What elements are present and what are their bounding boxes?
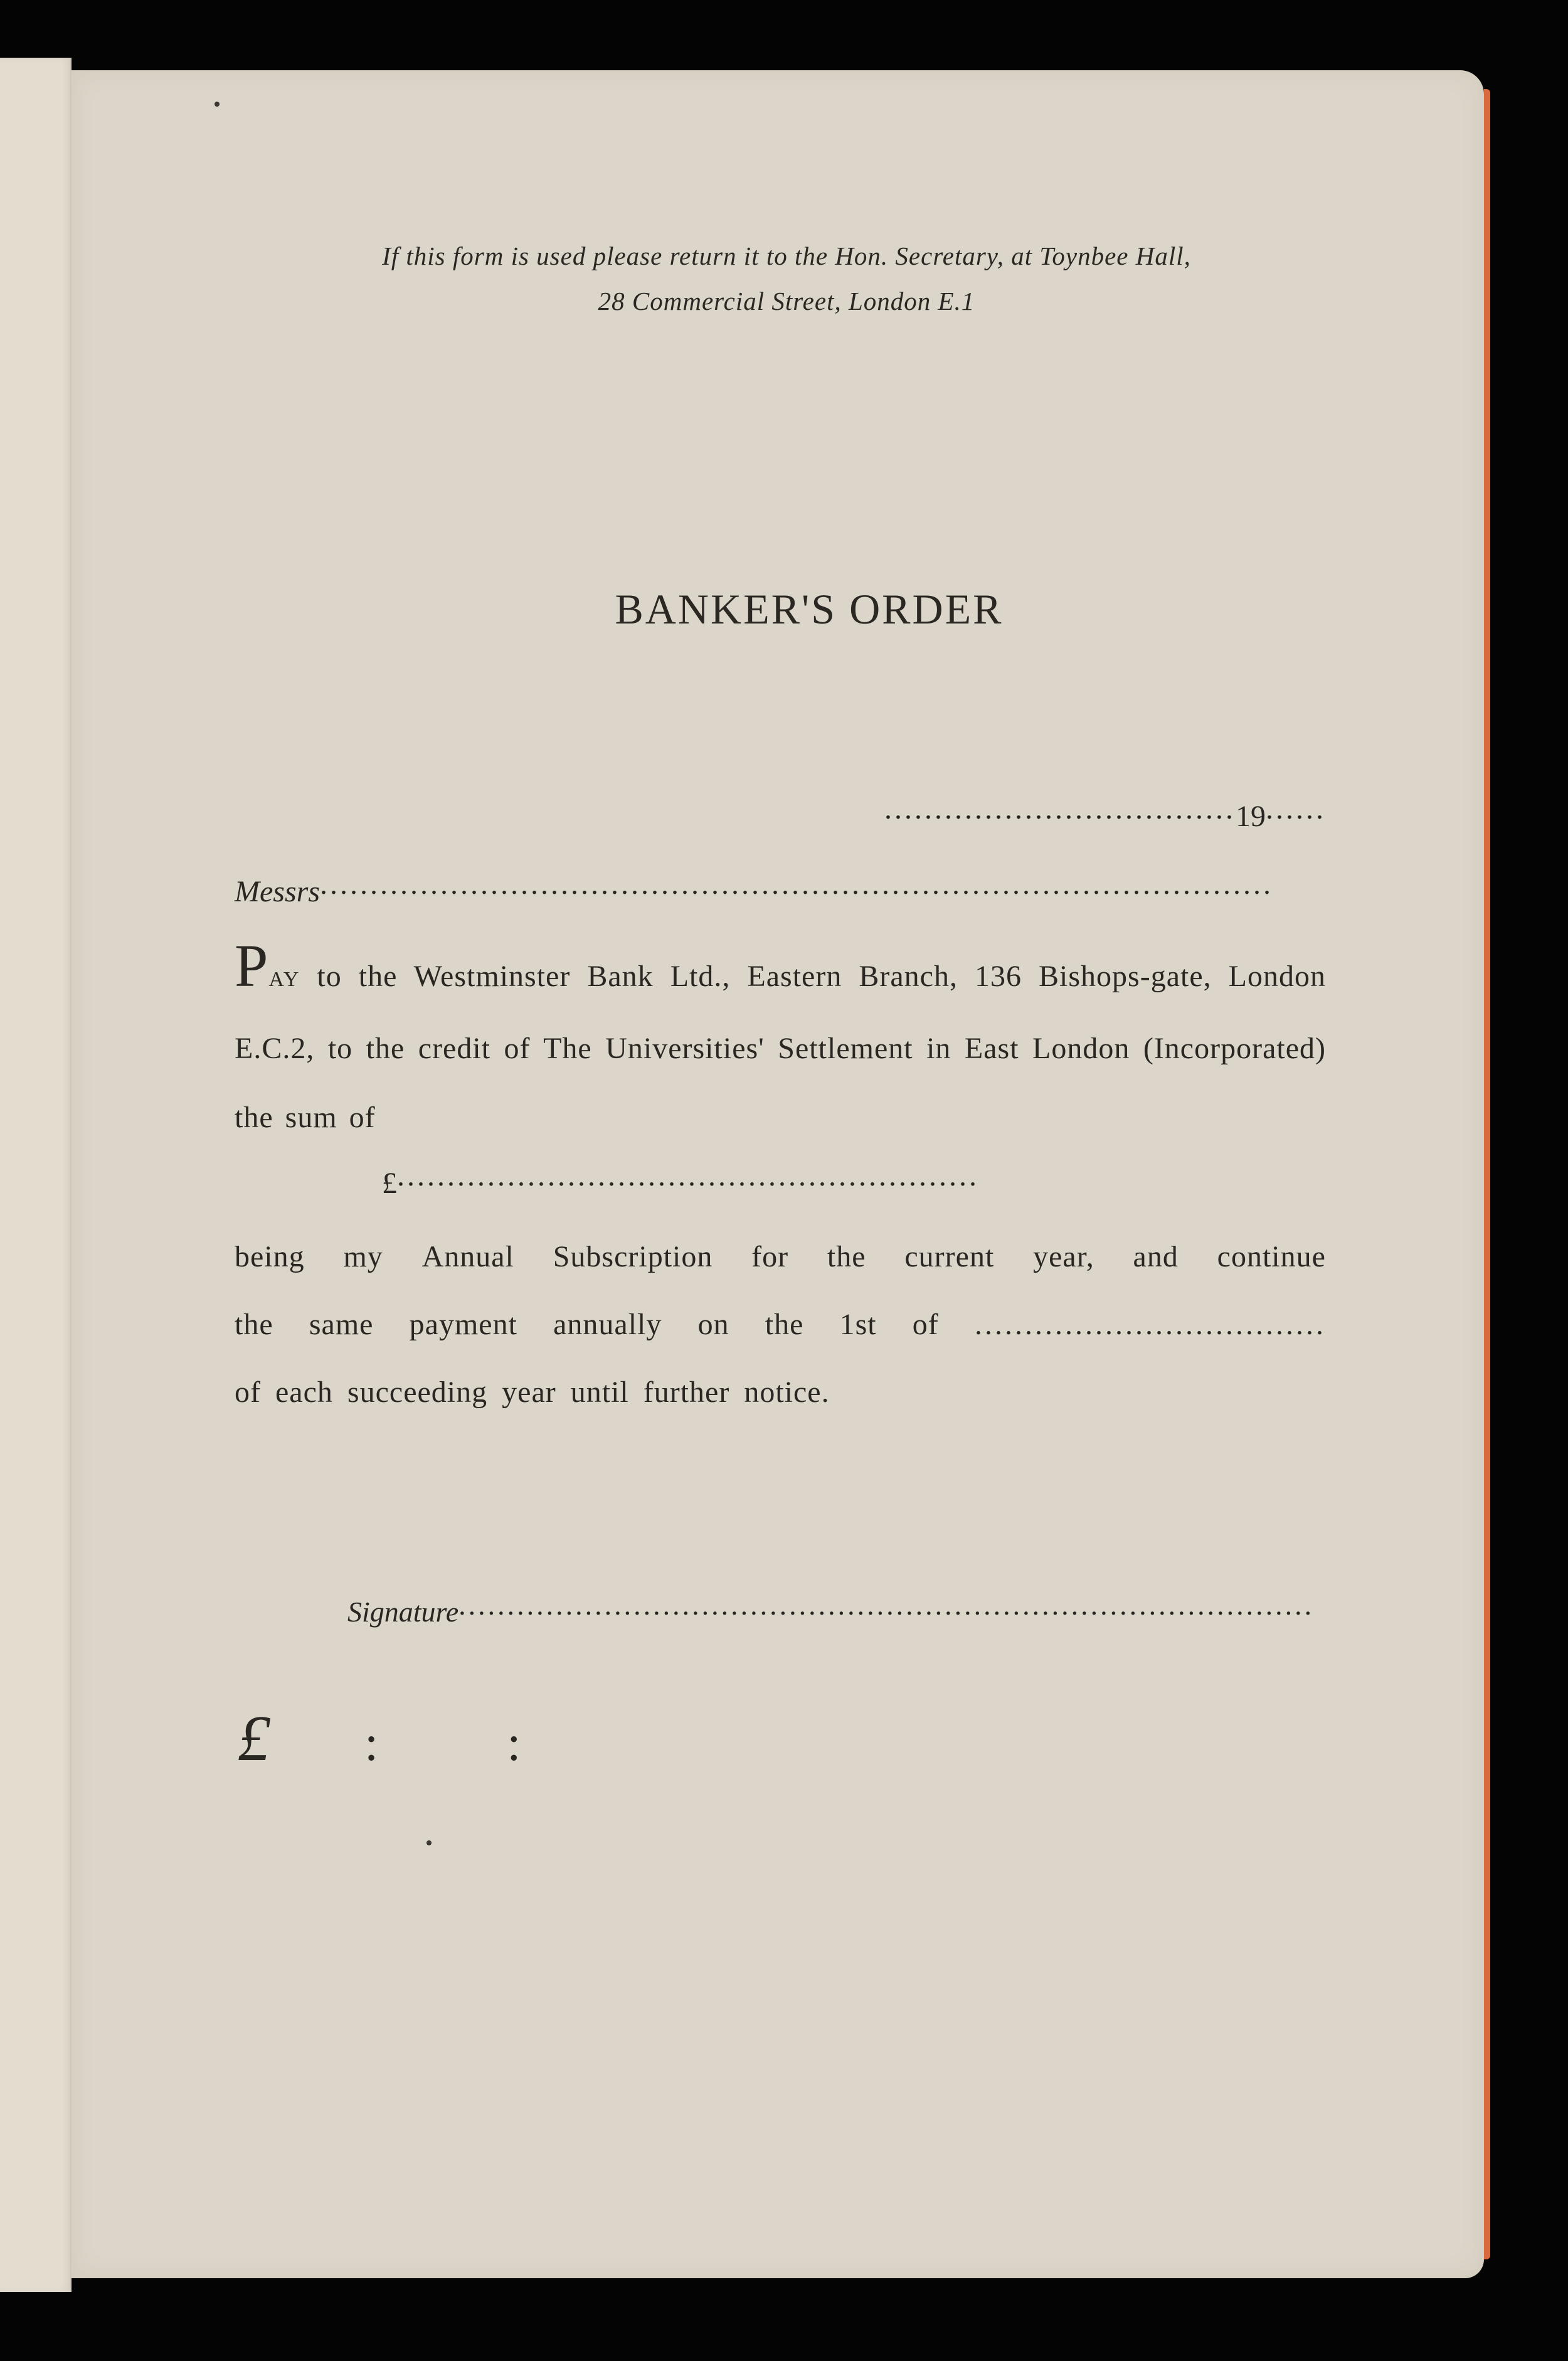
pay-clause: PAY to the Westminster Bank Ltd., Easter… — [235, 942, 1326, 1152]
date-field[interactable]: ...................................19...… — [749, 792, 1326, 834]
word: and — [1133, 1223, 1179, 1291]
word: Annual — [422, 1223, 514, 1291]
word: Subscription — [553, 1223, 713, 1291]
word: the — [235, 1291, 273, 1359]
signature-blank[interactable]: ........................................… — [458, 1588, 1314, 1621]
word: the — [827, 1223, 866, 1291]
word: on — [698, 1291, 729, 1359]
signature-label: Signature — [347, 1596, 458, 1628]
bankers-order-page: If this form is used please return it to… — [72, 70, 1484, 2278]
clause-line-2: the same payment annually on the 1st of … — [235, 1291, 1326, 1359]
word: 1st — [840, 1291, 877, 1359]
word: current — [904, 1223, 994, 1291]
payment-month-blank[interactable]: ................................... — [975, 1291, 1326, 1359]
messrs-field[interactable]: Messrs..................................… — [235, 867, 1326, 909]
drop-cap: P — [235, 932, 268, 999]
word: my — [343, 1223, 383, 1291]
word: payment — [410, 1291, 517, 1359]
clause-line-1: being my Annual Subscription for the cur… — [235, 1223, 1326, 1291]
ink-speck — [426, 1840, 432, 1845]
pound-sign-icon: £ — [382, 1167, 397, 1200]
messrs-blank[interactable]: ........................................… — [320, 867, 1273, 901]
clause-line-3: of each succeeding year until further no… — [235, 1359, 1326, 1426]
page-title: BANKER'S ORDER — [72, 585, 1484, 634]
word: year, — [1033, 1223, 1094, 1291]
pence-separator: : — [507, 1716, 521, 1773]
amount-field[interactable]: £.......................................… — [382, 1159, 979, 1201]
pound-sign-icon: £ — [238, 1701, 270, 1776]
return-note-line-2: 28 Commercial Street, London E.1 — [222, 279, 1351, 324]
ink-speck — [215, 102, 220, 107]
word: for — [751, 1223, 788, 1291]
pay-clause-text: to the Westminster Bank Ltd., Eastern Br… — [235, 960, 1326, 1134]
date-blank[interactable]: ................................... — [884, 792, 1236, 826]
word: same — [309, 1291, 374, 1359]
word: continue — [1217, 1223, 1326, 1291]
signature-field[interactable]: Signature...............................… — [347, 1588, 1326, 1628]
shillings-separator: : — [364, 1716, 378, 1773]
word: of — [913, 1291, 939, 1359]
return-note-line-1: If this form is used please return it to… — [222, 233, 1351, 279]
amount-summary[interactable]: £:: — [238, 1701, 521, 1776]
orange-page-edge — [1484, 89, 1490, 2259]
amount-blank[interactable]: ........................................… — [397, 1159, 979, 1193]
word: the — [765, 1291, 804, 1359]
previous-page-edge — [0, 58, 72, 2292]
small-caps-text: AY — [268, 968, 300, 991]
word: being — [235, 1223, 305, 1291]
subscription-clause: being my Annual Subscription for the cur… — [235, 1223, 1326, 1426]
word: annually — [553, 1291, 662, 1359]
messrs-label: Messrs — [235, 875, 320, 908]
return-instructions: If this form is used please return it to… — [222, 233, 1351, 324]
year-blank[interactable]: ...... — [1266, 792, 1326, 826]
year-prefix: 19 — [1236, 800, 1266, 833]
